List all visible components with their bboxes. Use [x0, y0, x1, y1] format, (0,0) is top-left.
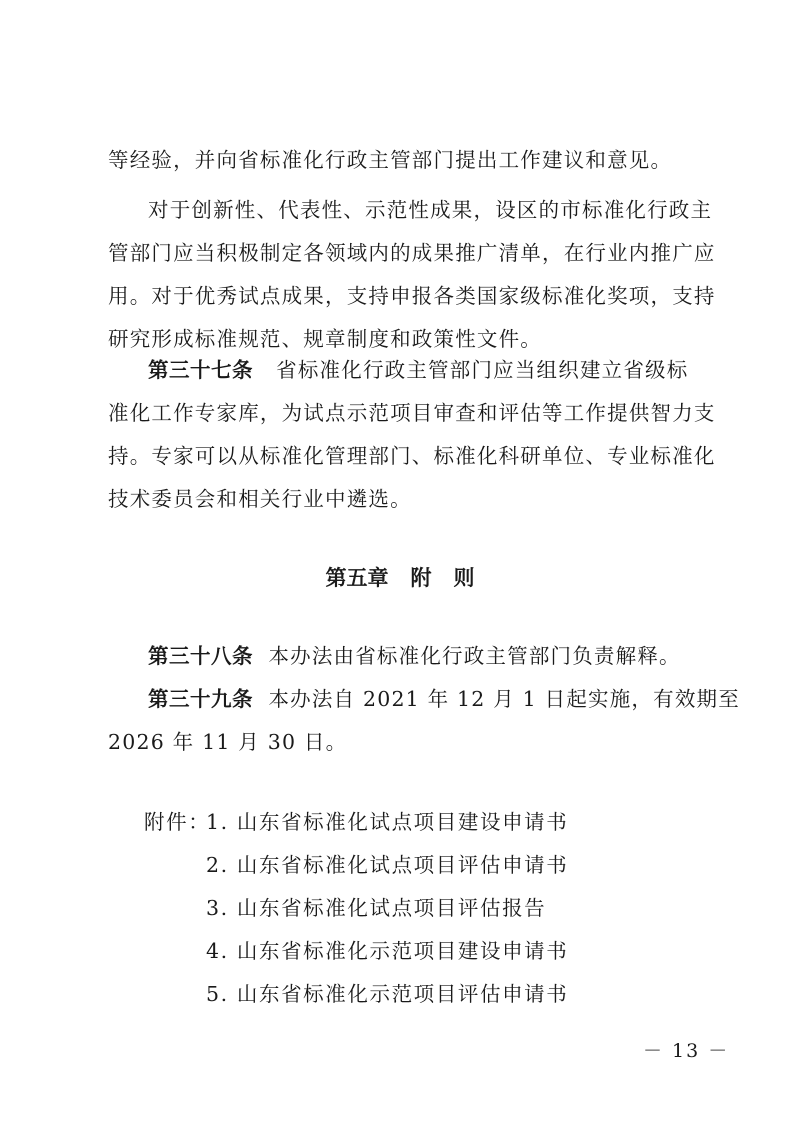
paragraph-line: 2026 年 11 月 30 日。 [108, 728, 708, 756]
paragraph-line: 用。对于优秀试点成果，支持申报各类国家级标准化奖项，支持 [108, 282, 708, 310]
article-label: 第三十八条 [148, 644, 253, 668]
paragraph-line: 对于创新性、代表性、示范性成果，设区的市标准化行政主 [148, 196, 748, 224]
article-label: 第三十九条 [148, 687, 253, 711]
article-text: 本办法自 2021 年 12 月 1 日起实施，有效期至 [268, 687, 740, 711]
chapter-number: 第五章 [326, 566, 389, 590]
article-text: 本办法由省标准化行政主管部门负责解释。 [268, 644, 680, 668]
paragraph-line: 持。专家可以从标准化管理部门、标准化科研单位、专业标准化 [108, 442, 708, 470]
attachment-item: 2. 山东省标准化试点项目评估申请书 [206, 851, 568, 879]
chapter-heading: 第五章附则 [0, 562, 800, 592]
attachment-item: 4. 山东省标准化示范项目建设申请书 [206, 937, 568, 965]
paragraph-line: 管部门应当积极制定各领域内的成果推广清单，在行业内推广应 [108, 239, 708, 267]
article-39: 第三十九条 本办法自 2021 年 12 月 1 日起实施，有效期至 [148, 685, 748, 713]
page-number: － 13 － [643, 1036, 729, 1063]
attachment-item: 3. 山东省标准化试点项目评估报告 [206, 894, 546, 922]
chapter-title-b: 则 [454, 566, 475, 590]
paragraph-line: 技术委员会和相关行业中遴选。 [108, 485, 708, 513]
paragraph-line: 等经验，并向省标准化行政主管部门提出工作建议和意见。 [108, 146, 708, 174]
article-label: 第三十七条 [148, 358, 253, 382]
chapter-title-a: 附 [411, 566, 432, 590]
attachment-item: 1. 山东省标准化试点项目建设申请书 [206, 808, 568, 836]
paragraph-line: 准化工作专家库，为试点示范项目审查和评估等工作提供智力支 [108, 399, 708, 427]
article-38: 第三十八条 本办法由省标准化行政主管部门负责解释。 [148, 642, 748, 670]
attachment-item: 5. 山东省标准化示范项目评估申请书 [206, 980, 568, 1008]
article-37: 第三十七条 省标准化行政主管部门应当组织建立省级标 [148, 356, 748, 384]
article-text: 省标准化行政主管部门应当组织建立省级标 [276, 358, 688, 382]
paragraph-line: 研究形成标准规范、规章制度和政策性文件。 [108, 325, 708, 353]
attachments-label: 附件： [144, 808, 210, 836]
